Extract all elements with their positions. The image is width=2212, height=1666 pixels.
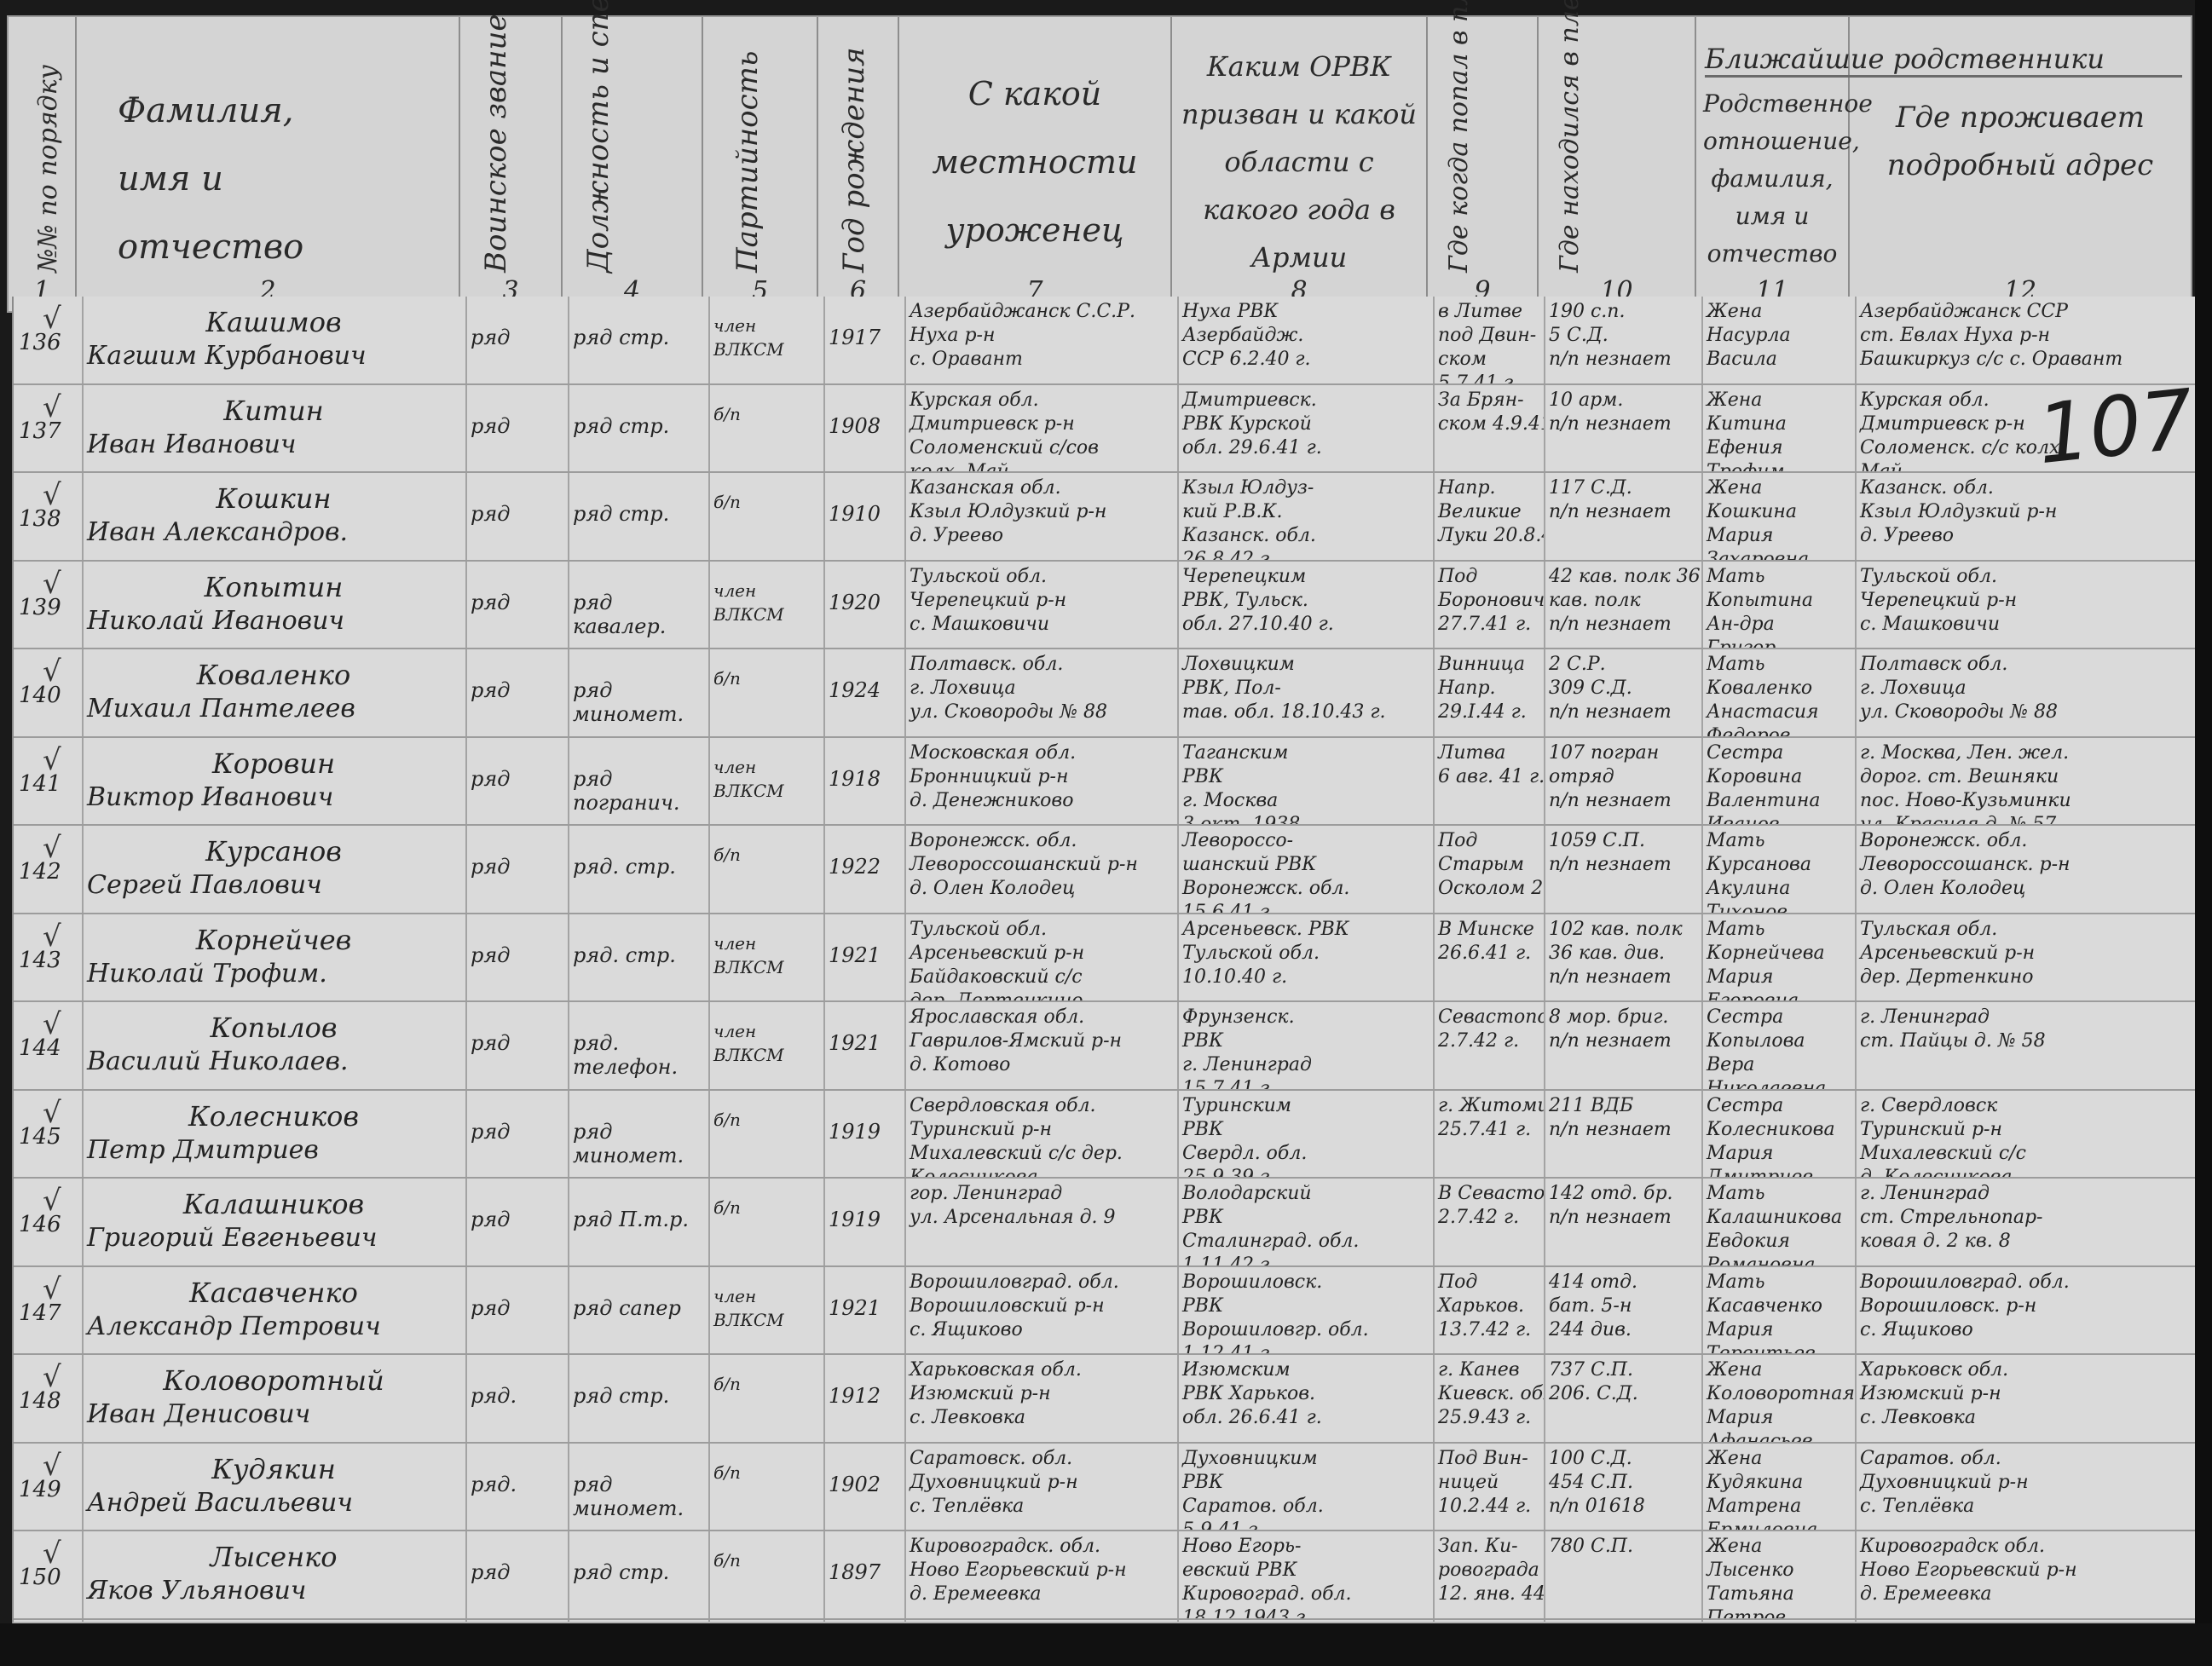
table-row: 137КитинИван Ивановичрядряд стр.б/п1908К…: [14, 385, 2196, 474]
person-name: КолесниковПетр Дмитриев: [82, 1091, 465, 1178]
relative-line: Мария: [1707, 1318, 1850, 1342]
relative-line: Мария: [1707, 1142, 1850, 1166]
person-name: КопыловВасилий Николаев.: [82, 1002, 465, 1089]
captured-line: Под: [1438, 829, 1539, 853]
origin-line: Тульской обл.: [910, 565, 1172, 589]
address-line: Тульская обл.: [1860, 918, 2191, 942]
rvk-line: Изюмским: [1182, 1358, 1428, 1382]
archive-page-number: 107: [2033, 372, 2198, 483]
address-line: Кзыл Юлдузкий р-н: [1860, 500, 2191, 524]
camp-line: 142 отд. бр.: [1549, 1182, 1696, 1206]
given-name: Иван Денисович: [87, 1398, 460, 1432]
rvk-line: 3 окт. 1938: [1182, 813, 1428, 825]
cell-address: Харьковск обл.Изюмский р-нс. Левковка: [1855, 1355, 2196, 1442]
relative-line: Мария: [1707, 524, 1850, 548]
origin-line: Левороссошанский р-н: [910, 853, 1172, 877]
cell-year: 1912: [823, 1355, 904, 1442]
relative-line: Касавченко: [1707, 1294, 1850, 1318]
cell-address: Тульской обл.Черепецкий р-нс. Машковичи: [1855, 562, 2196, 649]
rvk-line: Левороссо-: [1182, 829, 1428, 853]
person-name: КорнейчевНиколай Трофим.: [82, 914, 465, 1001]
cell-year: 1919: [823, 1179, 904, 1265]
cell-role: ряд П.т.р.: [568, 1179, 708, 1265]
table-row: 139КопытинНиколай Ивановичрядряд кавалер…: [14, 562, 2196, 650]
cell-rvk: Ворошиловск.РВКВорошиловгр. обл.1.12.41 …: [1177, 1267, 1433, 1354]
table-row: 142КурсановСергей Павловичрядряд. стр.б/…: [14, 826, 2196, 914]
table-row: 143КорнейчевНиколай Трофим.рядряд. стр.ч…: [14, 914, 2196, 1003]
records-table: 136КашимовКагшим Курбановичрядряд стр.чл…: [12, 297, 2196, 1624]
cell-camp: 10 арм.п/п незнает: [1544, 385, 1701, 472]
address-line: Ново Егорьевский р-н: [1860, 1559, 2191, 1582]
person-name: КопытинНиколай Иванович: [82, 562, 465, 649]
captured-line: 25.9.43 г.: [1438, 1406, 1539, 1430]
captured-line: 29.I.44 г.: [1438, 700, 1539, 724]
relative-line: Мать: [1707, 918, 1850, 942]
camp-line: п/п незнает: [1549, 412, 1696, 436]
cell-year: 1922: [823, 826, 904, 913]
address-line: Воронежск. обл.: [1860, 829, 2191, 853]
camp-line: 309 С.Д.: [1549, 677, 1696, 700]
cell-year: 1920: [823, 562, 904, 649]
cell-rank: ряд: [465, 1531, 568, 1618]
captured-line: Напр.: [1438, 677, 1539, 700]
camp-line: п/п 01618: [1549, 1495, 1696, 1519]
cell-role: ряд миномет.: [568, 1444, 708, 1531]
captured-line: Винница: [1438, 653, 1539, 677]
rvk-line: Саратов. обл.: [1182, 1495, 1428, 1519]
camp-line: 454 С.П.: [1549, 1471, 1696, 1495]
rvk-line: шанский РВК: [1182, 853, 1428, 877]
surname: Кудякин: [87, 1452, 460, 1486]
given-name: Михаил Пантелеев: [87, 692, 460, 726]
col-header-7: С какой местности уроженец 7: [899, 17, 1172, 311]
address-line: д. Еремеевка: [1860, 1582, 2191, 1606]
cell-captured: г. Житомир25.7.41 г.: [1433, 1091, 1544, 1178]
relative-line: Жена: [1707, 300, 1850, 324]
rvk-line: Ново Егорь-: [1182, 1535, 1428, 1559]
relative-line: Лысенко: [1707, 1559, 1850, 1582]
captured-line: Луки 20.8.42 г.: [1438, 524, 1539, 548]
camp-line: п/п незнает: [1549, 966, 1696, 989]
address-line: ст. Стрельнопар-: [1860, 1206, 2191, 1230]
camp-line: 1059 С.П.: [1549, 829, 1696, 853]
origin-line: Тульской обл.: [910, 918, 1172, 942]
captured-line: Старым: [1438, 853, 1539, 877]
address-line: Левороссошанск. р-н: [1860, 853, 2191, 877]
relative-line: Григор.: [1707, 637, 1850, 649]
cell-camp: 8 мор. бриг.п/п незнает: [1544, 1002, 1701, 1089]
rvk-line: кий Р.В.К.: [1182, 500, 1428, 524]
cell-year: 1921: [823, 914, 904, 1001]
address-line: Ворошиловск. р-н: [1860, 1294, 2191, 1318]
cell-party: член ВЛКСМ: [708, 1267, 823, 1354]
cell-rvk: ВолодарскийРВКСталинград. обл.1.11.42 г.: [1177, 1179, 1433, 1265]
cell-party: б/п: [708, 1444, 823, 1531]
given-name: Петр Дмитриев: [87, 1133, 460, 1167]
cell-origin: гор. Ленинградул. Арсенальная д. 9: [904, 1179, 1177, 1265]
relative-line: Захаровна: [1707, 548, 1850, 560]
address-line: Полтавск обл.: [1860, 653, 2191, 677]
relative-line: Ермиловна: [1707, 1519, 1850, 1531]
cell-origin: Московская обл.Бронницкий р-нд. Денежник…: [904, 738, 1177, 825]
cell-address: Ворошиловград. обл.Ворошиловск. р-нс. Ящ…: [1855, 1267, 2196, 1354]
relative-line: Васила: [1707, 348, 1850, 372]
cell-relative: МатьКоваленкоАнастасияФедоров.: [1701, 649, 1855, 736]
rvk-line: Свердл. обл.: [1182, 1142, 1428, 1166]
relative-line: Мать: [1707, 1271, 1850, 1294]
rvk-line: евский РВК: [1182, 1559, 1428, 1582]
origin-line: д. Денежниково: [910, 789, 1172, 813]
camp-line: 190 с.п.: [1549, 300, 1696, 324]
captured-line: Киевск. обл.: [1438, 1382, 1539, 1406]
captured-line: Под Вин-: [1438, 1447, 1539, 1471]
origin-line: дер. Дертенкино: [910, 989, 1172, 1001]
cell-camp: 107 погранотрядп/п незнает: [1544, 738, 1701, 825]
origin-line: Дмитриевск р-н: [910, 412, 1172, 436]
camp-line: 8 мор. бриг.: [1549, 1006, 1696, 1029]
cell-address: г. Ленинградст. Пайцы д. № 58: [1855, 1002, 2196, 1089]
surname: Китин: [87, 394, 460, 428]
checkmark-icon: √: [43, 743, 61, 777]
cell-rvk: ТаганскимРВКг. Москва3 окт. 1938: [1177, 738, 1433, 825]
relative-line: Акулина: [1707, 877, 1850, 901]
address-line: Изюмский р-н: [1860, 1382, 2191, 1406]
surname: Коровин: [87, 747, 460, 781]
relative-line: Вера: [1707, 1053, 1850, 1077]
rvk-line: г. Москва: [1182, 789, 1428, 813]
rvk-line: Духовницким: [1182, 1447, 1428, 1471]
given-name: Виктор Иванович: [87, 781, 460, 815]
surname: Коловоротный: [87, 1363, 460, 1398]
cell-rvk: Дмитриевск.РВК Курскойобл. 29.6.41 г.: [1177, 385, 1433, 472]
cell-party: член ВЛКСМ: [708, 1002, 823, 1089]
camp-line: п/п незнает: [1549, 789, 1696, 813]
col-header-4: Должность и специальность 4: [563, 17, 703, 311]
cell-rank: ряд: [465, 473, 568, 560]
relative-line: Егоровна: [1707, 989, 1850, 1001]
given-name: Кагшим Курбанович: [87, 339, 460, 373]
cell-role: ряд кавалер.: [568, 562, 708, 649]
camp-line: 5 С.Д.: [1549, 324, 1696, 348]
cell-year: 1921: [823, 1267, 904, 1354]
person-name: КашимовКагшим Курбанович: [82, 297, 465, 383]
address-line: Азербайджанск ССР: [1860, 300, 2191, 324]
cell-address: Полтавск обл.г. Лохвицаул. Сковороды № 8…: [1855, 649, 2196, 736]
cell-rvk: Фрунзенск.РВКг. Ленинград15.7.41 г.: [1177, 1002, 1433, 1089]
camp-line: 780 С.П.: [1549, 1535, 1696, 1559]
cell-rvk: ЧерепецкимРВК, Тульск.обл. 27.10.40 г.: [1177, 562, 1433, 649]
origin-line: Московская обл.: [910, 741, 1172, 765]
cell-rvk: ЛохвицкимРВК, Пол-тав. обл. 18.10.43 г.: [1177, 649, 1433, 736]
origin-line: Ворошиловский р-н: [910, 1294, 1172, 1318]
address-line: ст. Евлах Нуха р-н: [1860, 324, 2191, 348]
relative-line: Евдокия: [1707, 1230, 1850, 1254]
cell-camp: 190 с.п.5 С.Д.п/п незнает: [1544, 297, 1701, 383]
cell-rank: ряд: [465, 649, 568, 736]
cell-role: ряд стр.: [568, 1355, 708, 1442]
origin-line: Изюмский р-н: [910, 1382, 1172, 1406]
captured-line: г. Канев: [1438, 1358, 1539, 1382]
camp-line: п/п незнает: [1549, 1206, 1696, 1230]
cell-rvk: Ново Егорь-евский РВККировоград. обл.18.…: [1177, 1531, 1433, 1618]
cell-origin: Ярославская обл.Гаврилов-Ямский р-нд. Ко…: [904, 1002, 1177, 1089]
surname: Колесников: [87, 1099, 460, 1133]
origin-line: с. Теплёвка: [910, 1495, 1172, 1519]
cell-rvk: Арсеньевск. РВКТульской обл.10.10.40 г.: [1177, 914, 1433, 1001]
cell-year: 1910: [823, 473, 904, 560]
cell-rvk: Кзыл Юлдуз-кий Р.В.К.Казанск. обл.26.8.4…: [1177, 473, 1433, 560]
cell-origin: Полтавск. обл.г. Лохвицаул. Сковороды № …: [904, 649, 1177, 736]
cell-camp: 42 кав. полк 36кав. полкп/п незнает: [1544, 562, 1701, 649]
address-line: ул. Сковороды № 88: [1860, 700, 2191, 724]
rvk-line: РВК Харьков.: [1182, 1382, 1428, 1406]
address-line: Духовницкий р-н: [1860, 1471, 2191, 1495]
cell-party: б/п: [708, 473, 823, 560]
captured-line: 2.7.42 г.: [1438, 1029, 1539, 1053]
origin-line: Кировоградск. обл.: [910, 1535, 1172, 1559]
rvk-line: 1.11.42 г.: [1182, 1254, 1428, 1265]
address-line: с. Ящиково: [1860, 1318, 2191, 1342]
camp-line: отряд: [1549, 765, 1696, 789]
address-line: Саратов. обл.: [1860, 1447, 2191, 1471]
cell-rank: ряд: [465, 297, 568, 383]
rvk-line: Арсеньевск. РВК: [1182, 918, 1428, 942]
col-header-10: Где находился в плену 10: [1539, 17, 1696, 311]
rvk-line: 15.6.41 г.: [1182, 901, 1428, 913]
relative-line: Терентьев.: [1707, 1342, 1850, 1354]
captured-line: 10.2.44 г.: [1438, 1495, 1539, 1519]
cell-camp: 414 отд.бат. 5-н244 див.: [1544, 1267, 1701, 1354]
cell-party: б/п: [708, 1531, 823, 1618]
table-row: 138КошкинИван Александров.рядряд стр.б/п…: [14, 473, 2196, 562]
cell-address: Кировоградск обл.Ново Егорьевский р-нд. …: [1855, 1531, 2196, 1618]
cell-captured: г. КаневКиевск. обл.25.9.43 г.: [1433, 1355, 1544, 1442]
cell-role: ряд стр.: [568, 297, 708, 383]
captured-line: 27.7.41 г.: [1438, 613, 1539, 637]
relative-line: Петров.: [1707, 1606, 1850, 1618]
col-header-1: №№ по порядку 1: [9, 17, 77, 311]
rvk-line: 25.9.39 г.: [1182, 1166, 1428, 1178]
cell-year: 1897: [823, 1531, 904, 1618]
relative-line: Кудякина: [1707, 1471, 1850, 1495]
cell-origin: Казанская обл.Кзыл Юлдузкий р-нд. Уреево: [904, 473, 1177, 560]
origin-line: Ярославская обл.: [910, 1006, 1172, 1029]
cell-relative: МатьКасавченкоМарияТерентьев.: [1701, 1267, 1855, 1354]
rvk-line: Фрунзенск.: [1182, 1006, 1428, 1029]
camp-line: 211 ВДБ: [1549, 1094, 1696, 1118]
cell-relative: МатьКорнейчеваМарияЕгоровна: [1701, 914, 1855, 1001]
camp-line: п/п незнает: [1549, 853, 1696, 877]
table-row: 147КасавченкоАлександр Петровичрядряд са…: [14, 1267, 2196, 1356]
camp-line: 42 кав. полк 36: [1549, 565, 1696, 589]
rvk-line: РВК: [1182, 1029, 1428, 1053]
person-name: КалашниковГригорий Евгеньевич: [82, 1179, 465, 1265]
address-line: Михалевский с/с: [1860, 1142, 2191, 1166]
address-line: с. Левковка: [1860, 1406, 2191, 1430]
cell-address: Казанск. обл.Кзыл Юлдузкий р-нд. Уреево: [1855, 473, 2196, 560]
origin-line: Нуха р-н: [910, 324, 1172, 348]
col-header-5: Партийность 5: [703, 17, 818, 311]
cell-address: г. Москва, Лен. жел.дорог. ст. Вешнякипо…: [1855, 738, 2196, 825]
origin-line: Гаврилов-Ямский р-н: [910, 1029, 1172, 1053]
relative-line: Тихонов.: [1707, 901, 1850, 913]
relative-line: Трофим.: [1707, 460, 1850, 472]
camp-line: 737 С.П.: [1549, 1358, 1696, 1382]
address-line: с. Машковичи: [1860, 613, 2191, 637]
relative-line: Колесникова: [1707, 1118, 1850, 1142]
col-header-2: Фамилия, имя и отчество 2: [77, 17, 460, 311]
given-name: Василий Николаев.: [87, 1045, 460, 1079]
camp-line: 206. С.Д.: [1549, 1382, 1696, 1406]
cell-camp: 1059 С.П.п/п незнает: [1544, 826, 1701, 913]
address-line: ст. Пайцы д. № 58: [1860, 1029, 2191, 1053]
address-line: г. Свердловск: [1860, 1094, 2191, 1118]
relative-line: Дмитриев.: [1707, 1166, 1850, 1178]
cell-relative: ЖенаКудякинаМатренаЕрмиловна: [1701, 1444, 1855, 1531]
person-name: КасавченкоАлександр Петрович: [82, 1267, 465, 1354]
cell-party: член ВЛКСМ: [708, 738, 823, 825]
origin-line: Курская обл.: [910, 389, 1172, 412]
relative-line: Насурла: [1707, 324, 1850, 348]
relative-line: Курсанова: [1707, 853, 1850, 877]
cell-role: ряд стр.: [568, 385, 708, 472]
cell-party: б/п: [708, 385, 823, 472]
given-name: Сергей Павлович: [87, 868, 460, 902]
cell-camp: 100 С.Д.454 С.П.п/п 01618: [1544, 1444, 1701, 1531]
address-line: Черепецкий р-н: [1860, 589, 2191, 613]
cell-rank: ряд: [465, 826, 568, 913]
cell-rank: ряд: [465, 914, 568, 1001]
rvk-line: Дмитриевск.: [1182, 389, 1428, 412]
camp-line: п/п незнает: [1549, 1118, 1696, 1142]
checkmark-icon: √: [43, 302, 61, 336]
origin-line: г. Лохвица: [910, 677, 1172, 700]
checkmark-icon: √: [43, 1360, 61, 1394]
cell-rank: ряд.: [465, 1355, 568, 1442]
cell-role: ряд погранич.: [568, 738, 708, 825]
relative-line: Татьяна: [1707, 1582, 1850, 1606]
cell-relative: ЖенаКитинаЕфенияТрофим.: [1701, 385, 1855, 472]
relative-line: Романовна: [1707, 1254, 1850, 1265]
cell-address: Тульская обл.Арсеньевский р-ндер. Дертен…: [1855, 914, 2196, 1001]
origin-line: Казанская обл.: [910, 476, 1172, 500]
rvk-line: Володарский: [1182, 1182, 1428, 1206]
given-name: Григорий Евгеньевич: [87, 1221, 460, 1255]
cell-year: 1917: [823, 297, 904, 383]
captured-line: Литва: [1438, 741, 1539, 765]
cell-captured: ПодСтарымОсколом 21.8.42 г.: [1433, 826, 1544, 913]
cell-rank: ряд.: [465, 1444, 568, 1531]
cell-origin: Азербайджанск С.С.Р.Нуха р-нс. Оравант: [904, 297, 1177, 383]
scan-edge-bottom: [0, 1623, 2212, 1666]
rvk-line: Тульской обл.: [1182, 942, 1428, 966]
col-header-8: Каким ОРВК призван и какой области с как…: [1172, 17, 1428, 311]
checkmark-icon: √: [43, 390, 61, 424]
relatives-group-heading: Ближайшие родственники: [1705, 43, 2182, 78]
relative-line: Афанасьев.: [1707, 1430, 1850, 1442]
relative-line: Мать: [1707, 1182, 1850, 1206]
captured-line: Напр.: [1438, 476, 1539, 500]
captured-line: Харьков.: [1438, 1294, 1539, 1318]
cell-captured: в Литвепод Двин-ском5.7.41 г.: [1433, 297, 1544, 383]
surname: Калашников: [87, 1187, 460, 1221]
origin-line: Михалевский с/с дер.: [910, 1142, 1172, 1166]
origin-line: Байдаковский с/с: [910, 966, 1172, 989]
surname: Копытин: [87, 570, 460, 604]
given-name: Яков Ульянович: [87, 1574, 460, 1608]
captured-line: Осколом 21.8.42 г.: [1438, 877, 1539, 901]
surname: Коваленко: [87, 658, 460, 692]
table-row: 145КолесниковПетр Дмитриеврядряд миномет…: [14, 1091, 2196, 1179]
captured-line: В Минске: [1438, 918, 1539, 942]
relative-line: Федоров.: [1707, 724, 1850, 736]
captured-line: В Севастоп.: [1438, 1182, 1539, 1206]
rvk-line: РВК Курской: [1182, 412, 1428, 436]
cell-captured: За Брян-ском 4.9.41 г.: [1433, 385, 1544, 472]
relative-line: Николаевна: [1707, 1077, 1850, 1089]
relative-line: Жена: [1707, 476, 1850, 500]
surname: Кошкин: [87, 481, 460, 516]
relative-line: Китина: [1707, 412, 1850, 436]
relative-line: Ан-дра: [1707, 613, 1850, 637]
relative-line: Сестра: [1707, 1006, 1850, 1029]
cell-relative: ЖенаКоловоротнаяМарияАфанасьев.: [1701, 1355, 1855, 1442]
cell-captured: Зап. Ки-ровограда12. янв. 44 г.: [1433, 1531, 1544, 1618]
cell-address: г. СвердловскТуринский р-нМихалевский с/…: [1855, 1091, 2196, 1178]
relative-line: Ефения: [1707, 436, 1850, 460]
captured-line: ском 4.9.41 г.: [1438, 412, 1539, 436]
origin-line: Азербайджанск С.С.Р.: [910, 300, 1172, 324]
captured-line: Великие: [1438, 500, 1539, 524]
cell-relative: СестраКолесниковаМарияДмитриев.: [1701, 1091, 1855, 1178]
rvk-line: 26.8.42 г.: [1182, 548, 1428, 560]
rvk-line: Азербайдж.: [1182, 324, 1428, 348]
cell-year: 1924: [823, 649, 904, 736]
checkmark-icon: √: [43, 1007, 61, 1041]
relative-line: Мать: [1707, 653, 1850, 677]
cell-captured: ПодБороновичем27.7.41 г.: [1433, 562, 1544, 649]
captured-line: 12. янв. 44 г.: [1438, 1582, 1539, 1606]
address-line: г. Ленинград: [1860, 1006, 2191, 1029]
cell-rank: ряд: [465, 1091, 568, 1178]
rvk-line: РВК, Тульск.: [1182, 589, 1428, 613]
captured-line: 13.7.42 г.: [1438, 1318, 1539, 1342]
cell-rank: ряд: [465, 1002, 568, 1089]
given-name: Андрей Васильевич: [87, 1486, 460, 1520]
cell-camp: 780 С.П.: [1544, 1531, 1701, 1618]
rvk-line: обл. 27.10.40 г.: [1182, 613, 1428, 637]
camp-line: 10 арм.: [1549, 389, 1696, 412]
relative-line: Жена: [1707, 1447, 1850, 1471]
relative-line: Жена: [1707, 1535, 1850, 1559]
origin-line: Ворошиловград. обл.: [910, 1271, 1172, 1294]
captured-line: под Двин-: [1438, 324, 1539, 348]
address-line: Тульской обл.: [1860, 565, 2191, 589]
cell-relative: СестраКопыловаВераНиколаевна: [1701, 1002, 1855, 1089]
relative-line: Мария: [1707, 1406, 1850, 1430]
camp-line: 36 кав. див.: [1549, 942, 1696, 966]
camp-line: 244 див.: [1549, 1318, 1696, 1342]
given-name: Александр Петрович: [87, 1310, 460, 1344]
camp-line: 107 погран: [1549, 741, 1696, 765]
captured-line: 5.7.41 г.: [1438, 372, 1539, 383]
cell-camp: 142 отд. бр.п/п незнает: [1544, 1179, 1701, 1265]
captured-line: г. Житомир: [1438, 1094, 1539, 1118]
person-name: КоваленкоМихаил Пантелеев: [82, 649, 465, 736]
origin-line: с. Левковка: [910, 1406, 1172, 1430]
address-line: Казанск. обл.: [1860, 476, 2191, 500]
origin-line: Саратовск. обл.: [910, 1447, 1172, 1471]
